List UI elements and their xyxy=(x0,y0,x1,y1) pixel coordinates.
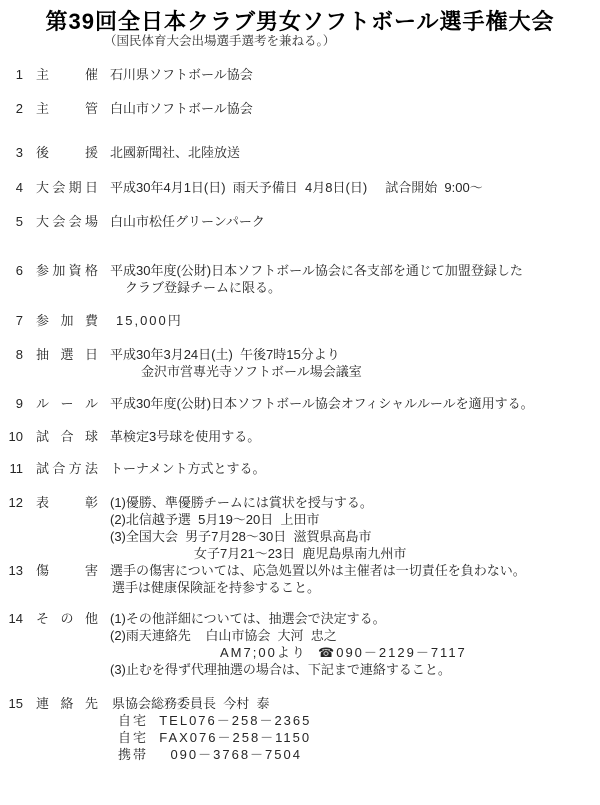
item-content: 平成30年度(公財)日本ソフトボール協会に各支部を通じて加盟登録した クラブ登録… xyxy=(110,262,600,296)
item-label: 大会期日 xyxy=(36,179,98,196)
item-row-9: 9 ル ー ル 平成30年度(公財)日本ソフトボール協会オフィシャルルールを適用… xyxy=(0,395,600,412)
item-row-6: 6 参加資格 平成30年度(公財)日本ソフトボール協会に各支部を通じて加盟登録し… xyxy=(0,262,600,296)
item-content: 白山市ソフトボール協会 xyxy=(110,100,600,117)
item-text-line-phone: 自宅 FAX076－258－1150 xyxy=(110,729,600,746)
item-number: 11 xyxy=(0,460,23,477)
item-text-line: 革検定3号球を使用する。 xyxy=(110,428,600,445)
item-text-line: 女子7月21～23日 鹿児島県南九州市 xyxy=(110,545,600,562)
document-subtitle: （国民体育大会出場選手選考を兼ねる。） xyxy=(104,31,335,49)
item-text-line: 金沢市営專光寺ソフトボール場会議室 xyxy=(110,363,600,380)
item-number: 14 xyxy=(0,610,23,627)
item-number: 8 xyxy=(0,346,23,363)
item-content: 選手の傷害については、応急処置以外は主催者は一切責任を負わない。 選手は健康保険… xyxy=(110,562,600,596)
item-content: 平成30年4月1日(日) 雨天予備日 4月8日(日) 試合開始 9:00～ xyxy=(110,179,600,196)
item-number: 15 xyxy=(0,695,23,712)
item-content: トーナメント方式とする。 xyxy=(110,460,600,477)
item-label: 参加資格 xyxy=(36,262,98,279)
item-row-5: 5 大会会場 白山市松任グリーンパーク xyxy=(0,213,600,230)
item-text-line: 白山市ソフトボール協会 xyxy=(110,100,600,117)
item-text-line: (3)止むを得ず代理抽選の場合は、下記まで連絡すること。 xyxy=(110,661,600,678)
item-row-14: 14 そ の 他 (1)その他詳細については、抽選会で決定する。 (2)雨天連絡… xyxy=(0,610,600,678)
item-text-line-phone: AM7;00より ☎090－2129－7117 xyxy=(110,644,600,661)
item-row-7: 7 参 加 費 15,000円 xyxy=(0,312,600,329)
item-text-line: (2)雨天連絡先 白山市協会 大河 忠之 xyxy=(110,627,600,644)
item-number: 7 xyxy=(0,312,23,329)
item-text-line-phone: 自宅 TEL076－258－2365 xyxy=(110,712,600,729)
item-text-line: 選手の傷害については、応急処置以外は主催者は一切責任を負わない。 xyxy=(110,562,600,579)
item-number: 5 xyxy=(0,213,23,230)
item-number: 3 xyxy=(0,144,23,161)
item-content: 白山市松任グリーンパーク xyxy=(110,213,600,230)
item-content: 平成30年3月24日(土) 午後7時15分より 金沢市営專光寺ソフトボール場会議… xyxy=(110,346,600,380)
item-text-line: 県協会総務委員長 今村 泰 xyxy=(110,695,600,712)
item-label: 表 彰 xyxy=(36,494,98,511)
item-number: 10 xyxy=(0,428,23,445)
item-text-line: 平成30年4月1日(日) 雨天予備日 4月8日(日) 試合開始 9:00～ xyxy=(110,179,600,196)
item-number: 4 xyxy=(0,179,23,196)
item-text-line: クラブ登録チームに限る。 xyxy=(110,279,600,296)
item-label: 試合方法 xyxy=(36,460,98,477)
item-content: 15,000円 xyxy=(110,312,600,329)
item-content: 革検定3号球を使用する。 xyxy=(110,428,600,445)
item-row-11: 11 試合方法 トーナメント方式とする。 xyxy=(0,460,600,477)
item-row-12: 12 表 彰 (1)優勝、準優勝チームには賞状を授与する。 (2)北信越予選 5… xyxy=(0,494,600,562)
item-row-3: 3 後 援 北國新聞社、北陸放送 xyxy=(0,144,600,161)
item-number: 9 xyxy=(0,395,23,412)
item-label: ル ー ル xyxy=(36,395,98,412)
item-row-2: 2 主 管 白山市ソフトボール協会 xyxy=(0,100,600,117)
item-label: 参 加 費 xyxy=(36,312,98,329)
item-text-line: 平成30年3月24日(土) 午後7時15分より xyxy=(110,346,600,363)
item-content: (1)その他詳細については、抽選会で決定する。 (2)雨天連絡先 白山市協会 大… xyxy=(110,610,600,678)
item-label: 連 絡 先 xyxy=(36,695,98,712)
item-label: 抽 選 日 xyxy=(36,346,98,363)
item-row-1: 1 主 催 石川県ソフトボール協会 xyxy=(0,66,600,83)
item-number: 6 xyxy=(0,262,23,279)
item-label: 大会会場 xyxy=(36,213,98,230)
item-row-8: 8 抽 選 日 平成30年3月24日(土) 午後7時15分より 金沢市営專光寺ソ… xyxy=(0,346,600,380)
item-number: 1 xyxy=(0,66,23,83)
item-content: 北國新聞社、北陸放送 xyxy=(110,144,600,161)
item-content: 石川県ソフトボール協会 xyxy=(110,66,600,83)
item-label: 後 援 xyxy=(36,144,98,161)
item-number: 13 xyxy=(0,562,23,579)
item-text-line: 平成30年度(公財)日本ソフトボール協会オフィシャルルールを適用する。 xyxy=(110,395,600,412)
item-row-13: 13 傷 害 選手の傷害については、応急処置以外は主催者は一切責任を負わない。 … xyxy=(0,562,600,596)
item-number: 12 xyxy=(0,494,23,511)
item-text-line: 平成30年度(公財)日本ソフトボール協会に各支部を通じて加盟登録した xyxy=(110,262,600,279)
item-text-line: (3)全国大会 男子7月28～30日 滋賀県高島市 xyxy=(110,528,600,545)
item-row-10: 10 試 合 球 革検定3号球を使用する。 xyxy=(0,428,600,445)
item-text-line: トーナメント方式とする。 xyxy=(110,460,600,477)
item-text-line: (1)その他詳細については、抽選会で決定する。 xyxy=(110,610,600,627)
item-label: 試 合 球 xyxy=(36,428,98,445)
item-content: 県協会総務委員長 今村 泰 自宅 TEL076－258－2365 自宅 FAX0… xyxy=(110,695,600,763)
item-label: 主 管 xyxy=(36,100,98,117)
document-page: 第39回全日本クラブ男女ソフトボール選手権大会 （国民体育大会出場選手選考を兼ね… xyxy=(0,0,600,805)
item-text-line: 北國新聞社、北陸放送 xyxy=(110,144,600,161)
item-text-line-phone: 携帯 090－3768－7504 xyxy=(110,746,600,763)
item-text-line: (1)優勝、準優勝チームには賞状を授与する。 xyxy=(110,494,600,511)
item-label: そ の 他 xyxy=(36,610,98,627)
item-text-line: 石川県ソフトボール協会 xyxy=(110,66,600,83)
item-content: (1)優勝、準優勝チームには賞状を授与する。 (2)北信越予選 5月19～20日… xyxy=(110,494,600,562)
item-text-line: (2)北信越予選 5月19～20日 上田市 xyxy=(110,511,600,528)
item-label: 主 催 xyxy=(36,66,98,83)
item-number: 2 xyxy=(0,100,23,117)
item-row-15: 15 連 絡 先 県協会総務委員長 今村 泰 自宅 TEL076－258－236… xyxy=(0,695,600,763)
item-row-4: 4 大会期日 平成30年4月1日(日) 雨天予備日 4月8日(日) 試合開始 9… xyxy=(0,179,600,196)
item-text-line: 白山市松任グリーンパーク xyxy=(110,213,600,230)
item-text-line: 選手は健康保険証を持参すること。 xyxy=(110,579,600,596)
item-text-line: 15,000円 xyxy=(110,312,600,329)
item-label: 傷 害 xyxy=(36,562,98,579)
item-content: 平成30年度(公財)日本ソフトボール協会オフィシャルルールを適用する。 xyxy=(110,395,600,412)
